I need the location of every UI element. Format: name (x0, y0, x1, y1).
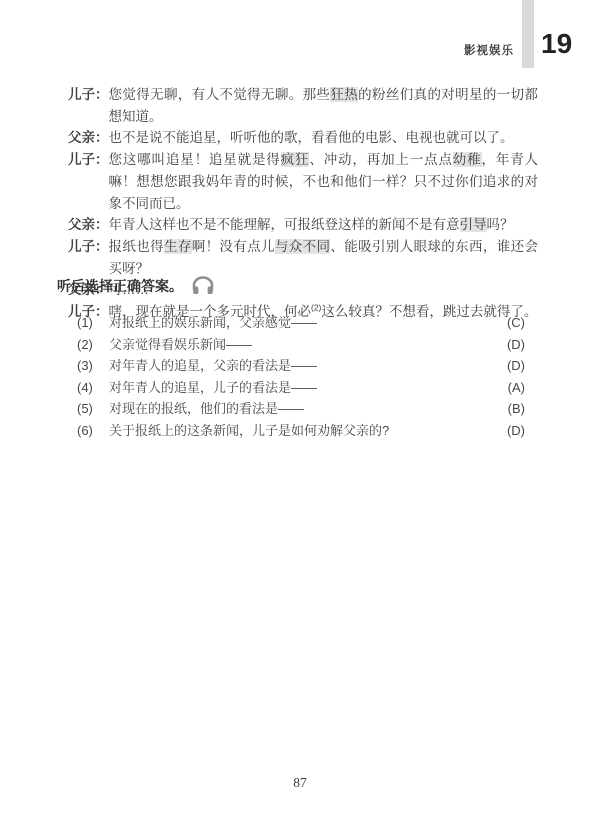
question-row: (3)对年青人的追星，父亲的看法是——(D) (57, 355, 527, 377)
exercise-heading-label: 听后选择正确答案。 (57, 276, 183, 296)
answer-key: (D) (507, 334, 527, 356)
question-number: (2) (77, 334, 109, 356)
dialogue-turn: 儿子：您这哪叫追星！追星就是得疯狂、冲动，再加上一点点幼稚，年青人嘛！想想您跟我… (68, 149, 538, 214)
question-number: (4) (77, 377, 109, 399)
dialogue-text: 年青人这样也不是不能理解，可报纸登这样的新闻不是有意引导吗？ (109, 214, 539, 236)
question-row: (1)对报纸上的娱乐新闻，父亲感觉——(C) (57, 312, 527, 334)
question-number: (1) (77, 312, 109, 334)
listening-exercise-section: 听后选择正确答案。 (1)对报纸上的娱乐新闻，父亲感觉——(C)(2)父亲觉得看… (57, 274, 527, 442)
question-number: (5) (77, 398, 109, 420)
dialogue-text-segment: 吗？ (487, 217, 514, 232)
question-text: 父亲觉得看娱乐新闻—— (109, 334, 507, 356)
dialogue-turn: 父亲：年青人这样也不是不能理解，可报纸登这样的新闻不是有意引导吗？ (68, 214, 538, 236)
vocabulary-highlight: 生存 (164, 239, 192, 254)
dialogue-text: 您这哪叫追星！追星就是得疯狂、冲动，再加上一点点幼稚，年青人嘛！想想您跟我妈年青… (109, 149, 539, 214)
answer-key: (D) (507, 355, 527, 377)
dialogue-turn: 儿子：报纸也得生存啊！没有点儿与众不同、能吸引别人眼球的东西，谁还会买呀？ (68, 236, 538, 279)
chapter-number: 19 (541, 28, 572, 60)
question-text: 对年青人的追星，父亲的看法是—— (109, 355, 507, 377)
question-row: (4)对年青人的追星，儿子的看法是——(A) (57, 377, 527, 399)
dialogue-text: 您觉得无聊，有人不觉得无聊。那些狂热的粉丝们真的对明星的一切都想知道。 (109, 84, 539, 127)
dialogue-text-segment: 您觉得无聊，有人不觉得无聊。那些 (109, 87, 331, 102)
dialogue-text-segment: 您这哪叫追星！追星就是得 (109, 152, 281, 167)
speaker-label: 儿子： (68, 236, 109, 279)
vocabulary-highlight: 引导 (460, 217, 487, 232)
dialogue-text: 报纸也得生存啊！没有点儿与众不同、能吸引别人眼球的东西，谁还会买呀？ (109, 236, 539, 279)
question-list: (1)对报纸上的娱乐新闻，父亲感觉——(C)(2)父亲觉得看娱乐新闻——(D)(… (57, 312, 527, 442)
dialogue-text-segment: 也不是说不能追星，听听他的歌，看看他的电影、电视也就可以了。 (109, 130, 514, 145)
headphones-icon (191, 276, 215, 298)
dialogue-turn: 儿子：您觉得无聊，有人不觉得无聊。那些狂热的粉丝们真的对明星的一切都想知道。 (68, 84, 538, 127)
dialogue-text-segment: 、冲动，再加上一点点 (309, 152, 452, 167)
section-label: 影视娱乐 (464, 42, 514, 58)
vocabulary-highlight: 疯狂 (281, 152, 310, 167)
dialogue-text-segment: 啊！没有点儿 (192, 239, 275, 254)
vocabulary-highlight: 狂热 (330, 87, 358, 102)
dialogue-turn: 父亲：也不是说不能追星，听听他的歌，看看他的电影、电视也就可以了。 (68, 127, 538, 149)
dialogue-text: 也不是说不能追星，听听他的歌，看看他的电影、电视也就可以了。 (109, 127, 539, 149)
answer-key: (C) (507, 312, 527, 334)
dialogue-text-segment: 报纸也得 (109, 239, 164, 254)
question-text: 对年青人的追星，儿子的看法是—— (109, 377, 508, 399)
vocabulary-highlight: 与众不同 (275, 239, 330, 254)
speaker-label: 儿子： (68, 149, 109, 214)
vocabulary-highlight: 幼稚 (453, 152, 482, 167)
chapter-header-bar (522, 0, 534, 68)
speaker-label: 儿子： (68, 84, 109, 127)
dialogue-text-segment: 年青人这样也不是不能理解，可报纸登这样的新闻不是有意 (109, 217, 460, 232)
question-row: (6)关于报纸上的这条新闻，儿子是如何劝解父亲的?(D) (57, 420, 527, 442)
question-number: (3) (77, 355, 109, 377)
answer-key: (B) (508, 398, 527, 420)
answer-key: (D) (507, 420, 527, 442)
question-text: 关于报纸上的这条新闻，儿子是如何劝解父亲的? (109, 420, 507, 442)
speaker-label: 父亲： (68, 214, 109, 236)
question-text: 对现在的报纸，他们的看法是—— (109, 398, 508, 420)
question-row: (5)对现在的报纸，他们的看法是——(B) (57, 398, 527, 420)
question-text: 对报纸上的娱乐新闻，父亲感觉—— (109, 312, 507, 334)
answer-key: (A) (508, 377, 527, 399)
exercise-heading: 听后选择正确答案。 (57, 274, 527, 298)
speaker-label: 父亲： (68, 127, 109, 149)
question-number: (6) (77, 420, 109, 442)
page-number: 87 (0, 775, 600, 791)
question-row: (2)父亲觉得看娱乐新闻——(D) (57, 334, 527, 356)
